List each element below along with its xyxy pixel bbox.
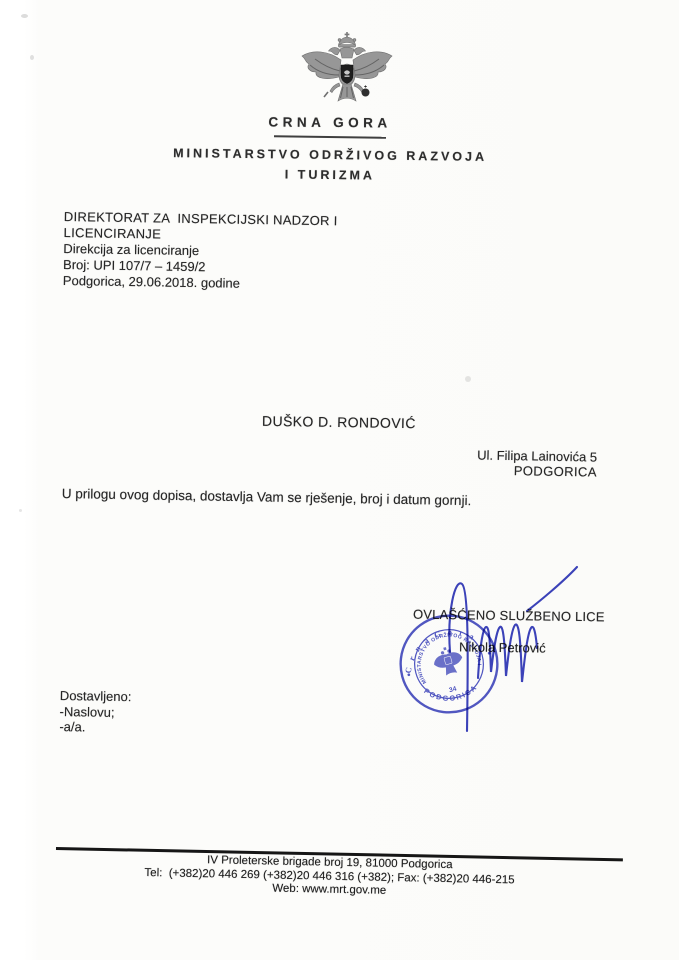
body-text: U prilogu ovog dopisa, dostavlja Vam se …: [62, 486, 472, 508]
sender-place-date: Podgorica, 29.06.2018. godine: [63, 273, 337, 293]
distribution-item: -a/a.: [59, 719, 131, 736]
distribution-item: -Naslovu;: [60, 703, 132, 720]
montenegro-coat-of-arms-icon: [295, 31, 399, 109]
scan-speck: [465, 376, 471, 382]
scan-speck: [30, 55, 34, 60]
footer-contact-block: IV Proleterske brigade broj 19, 81000 Po…: [94, 852, 565, 902]
letterhead: CRNA GORA MINISTARSTVO ODRŽIVOG RAZVOJA …: [130, 31, 530, 185]
letterhead-divider: [274, 135, 386, 139]
handwritten-signature: [418, 560, 588, 742]
recipient-city: PODGORICA: [417, 461, 597, 479]
sender-block: DIREKTORAT ZA INSPEKCIJSKI NADZOR I LICE…: [63, 209, 338, 293]
recipient-name: DUŠKO D. RONDOVIĆ: [262, 413, 416, 431]
scan-speck: [21, 14, 28, 18]
scan-speck: [19, 509, 22, 512]
scanned-letter-page: CRNA GORA MINISTARSTVO ODRŽIVOG RAZVOJA …: [0, 0, 679, 960]
country-name: CRNA GORA: [130, 113, 530, 131]
distribution-title: Dostavljeno:: [60, 688, 132, 705]
stamp-left-dot: [407, 673, 410, 676]
distribution-block: Dostavljeno: -Naslovu; -a/a.: [59, 688, 131, 736]
recipient-address: Ul. Filipa Lainovića 5 PODGORICA: [417, 446, 597, 479]
